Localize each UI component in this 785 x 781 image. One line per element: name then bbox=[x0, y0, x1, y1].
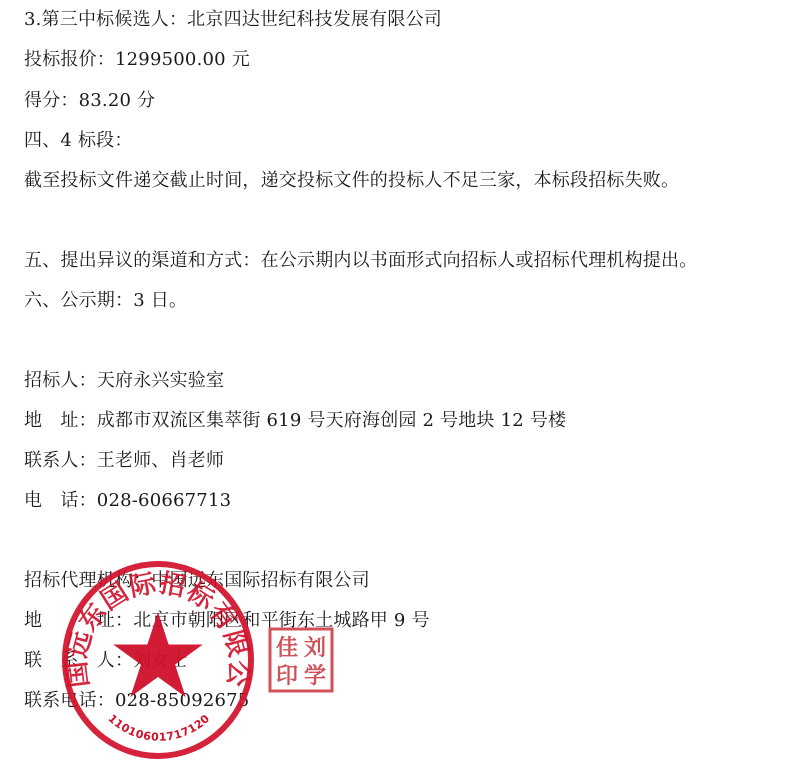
svg-text:佳: 佳 bbox=[276, 635, 298, 661]
agency-address-line: 地 址：北京市朝阳区和平街东土城路甲 9 号 bbox=[24, 609, 430, 633]
agency-contact-line: 联 系 人：刘女士 bbox=[24, 649, 188, 673]
agency-phone-line: 联系电话：028-85092675 bbox=[24, 689, 249, 713]
personal-seal-icon: 佳 刘 印 学 bbox=[268, 627, 334, 693]
agency-line: 招标代理机构：中国远东国际招标有限公司 bbox=[24, 569, 370, 593]
section-4-result: 截至投标文件递交截止时间，递交投标文件的投标人不足三家，本标段招标失败。 bbox=[24, 169, 679, 193]
section-4-heading: 四、4 标段： bbox=[24, 129, 133, 153]
tenderer-address-line: 地 址：成都市双流区集萃街 619 号天府海创园 2 号地块 12 号楼 bbox=[24, 409, 566, 433]
bid-price-line: 投标报价：1299500.00 元 bbox=[24, 48, 250, 72]
tenderer-contact-line: 联系人：王老师、肖老师 bbox=[24, 449, 224, 473]
svg-text:印: 印 bbox=[276, 664, 298, 689]
candidate-3-line: 3.第三中标候选人：北京四达世纪科技发展有限公司 bbox=[24, 8, 442, 32]
svg-text:学: 学 bbox=[304, 663, 326, 689]
svg-text:11010601717120: 11010601717120 bbox=[106, 712, 213, 744]
tenderer-line: 招标人：天府永兴实验室 bbox=[24, 369, 224, 393]
tenderer-phone-line: 电 话：028-60667713 bbox=[24, 489, 231, 513]
objection-channel-line: 五、提出异议的渠道和方式：在公示期内以书面形式向招标人或招标代理机构提出。 bbox=[24, 249, 697, 273]
publicity-period-line: 六、公示期：3 日。 bbox=[24, 289, 187, 313]
svg-text:刘: 刘 bbox=[304, 635, 326, 661]
score-line: 得分：83.20 分 bbox=[24, 89, 155, 113]
